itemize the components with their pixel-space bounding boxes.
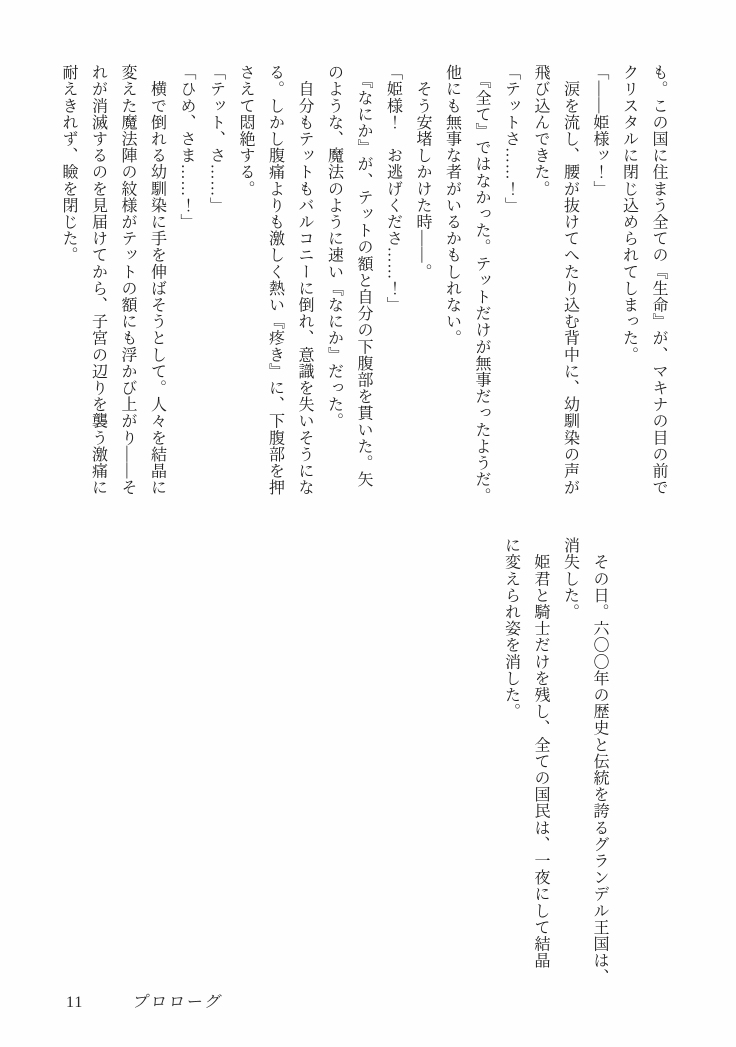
text-line: そう安堵しかけた時――。 bbox=[408, 64, 438, 510]
text-line: のような、魔法のように速い『なにか』だった。 bbox=[319, 64, 349, 510]
text-line: 飛び込んできた。 bbox=[526, 64, 556, 510]
text-block-upper: も。この国に住まう全ての『生命』が、マキナの目の前でクリスタルに閉じ込められてし… bbox=[54, 64, 674, 510]
text-line: クリスタルに閉じ込められてしまった。 bbox=[614, 64, 644, 510]
text-line: れが消滅するのを見届けてから、子宮の辺りを襲う激痛に bbox=[83, 64, 113, 510]
text-line: 「ひめ、さま……！」 bbox=[172, 64, 202, 510]
text-line: 「姫様！ お逃げくださ……！」 bbox=[378, 64, 408, 510]
text-line: 変えた魔法陣の紋様がテットの額にも浮かび上がり――そ bbox=[113, 64, 143, 510]
text-line: る。しかし腹痛よりも激しく熱い『疼き』に、下腹部を押 bbox=[260, 64, 290, 510]
text-line: 『なにか』が、テットの額と自分の下腹部を貫いた。矢 bbox=[349, 64, 379, 510]
text-line: に変えられ姿を消した。 bbox=[496, 537, 526, 983]
chapter-title: プロローグ bbox=[132, 989, 225, 1012]
text-line: 『全て』ではなかった。テットだけが無事だったようだ。 bbox=[467, 64, 497, 510]
text-line: 横で倒れる幼馴染に手を伸ばそうとして。人々を結晶に bbox=[142, 64, 172, 510]
text-line: 姫君と騎士だけを残し、全ての国民は、一夜にして結晶 bbox=[526, 537, 556, 983]
text-line: 涙を流し、腰が抜けてへたり込む背中に、幼馴染の声が bbox=[555, 64, 585, 510]
page-number: 11 bbox=[66, 994, 83, 1012]
text-line: その日。六〇〇年の歴史と伝統を誇るグランデル王国は、 bbox=[585, 537, 615, 983]
blank-line bbox=[644, 537, 674, 983]
text-line: 自分もテットもバルコニーに倒れ、意識を失いそうにな bbox=[290, 64, 320, 510]
text-line: 他にも無事な者がいるかもしれない。 bbox=[437, 64, 467, 510]
text-line: 耐えきれず、瞼を閉じた。 bbox=[54, 64, 84, 510]
text-line: さえて悶絶する。 bbox=[231, 64, 261, 510]
text-line: 「テット、さ……」 bbox=[201, 64, 231, 510]
text-line: 「テットさ……！」 bbox=[496, 64, 526, 510]
text-line: も。この国に住まう全ての『生命』が、マキナの目の前で bbox=[644, 64, 674, 510]
text-line: 消失した。 bbox=[555, 537, 585, 983]
page-footer: 11 プロローグ bbox=[66, 989, 223, 1012]
novel-page: も。この国に住まう全ての『生命』が、マキナの目の前でクリスタルに閉じ込められてし… bbox=[0, 0, 736, 1047]
text-block-lower: その日。六〇〇年の歴史と伝統を誇るグランデル王国は、消失した。 姫君と騎士だけを… bbox=[496, 537, 673, 983]
text-line: 「――姫様ッ！」 bbox=[585, 64, 615, 510]
blank-line bbox=[614, 537, 644, 983]
